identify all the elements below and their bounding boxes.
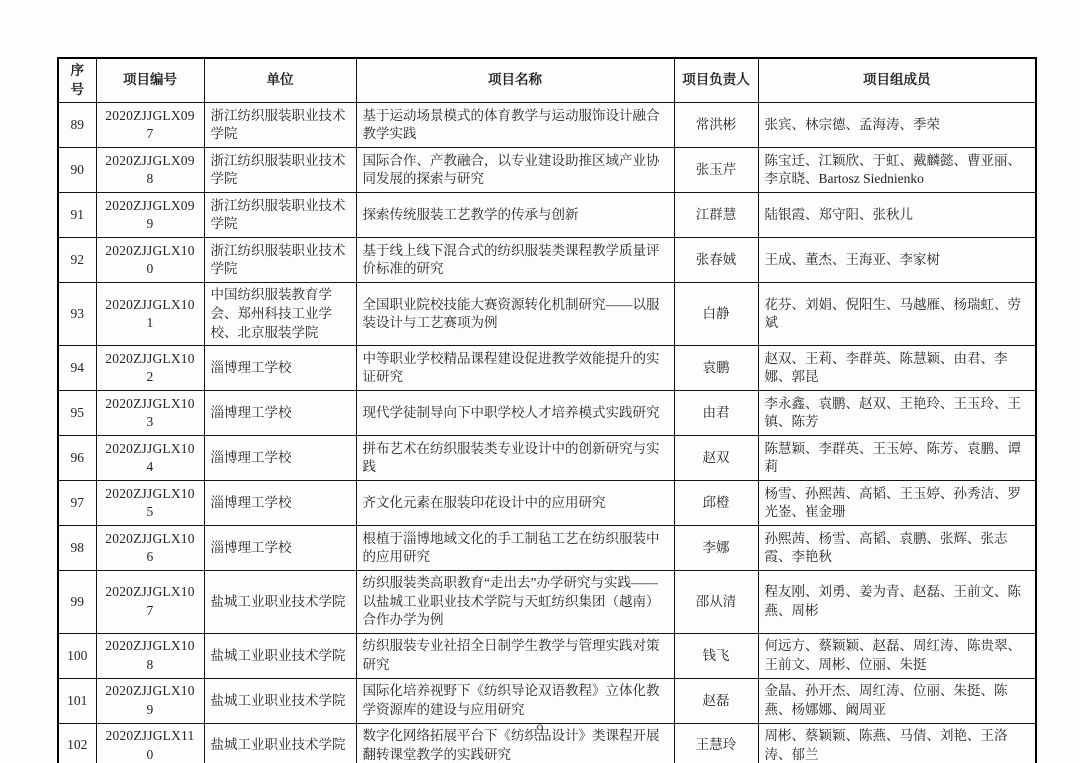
table-row: 89 2020ZJJGLX097 浙江纺织服装职业技术学院 基于运动场景模式的体… bbox=[58, 103, 1036, 148]
cell-unit: 淄博理工学校 bbox=[204, 436, 356, 481]
cell-serial-number: 96 bbox=[58, 436, 96, 481]
table-row: 92 2020ZJJGLX100 浙江纺织服装职业技术学院 基于线上线下混合式的… bbox=[58, 238, 1036, 283]
cell-serial-number: 90 bbox=[58, 148, 96, 193]
table-row: 100 2020ZJJGLX108 盐城工业职业技术学院 纺织服装专业社招全日制… bbox=[58, 634, 1036, 679]
header-serial-number: 序号 bbox=[58, 58, 96, 103]
cell-serial-number: 92 bbox=[58, 238, 96, 283]
cell-project-leader: 张玉芹 bbox=[674, 148, 758, 193]
cell-unit: 盐城工业职业技术学院 bbox=[204, 679, 356, 724]
cell-project-name: 纺织服装专业社招全日制学生教学与管理实践对策研究 bbox=[356, 634, 674, 679]
cell-project-leader: 袁鹏 bbox=[674, 346, 758, 391]
table-row: 90 2020ZJJGLX098 浙江纺织服装职业技术学院 国际合作、产教融合，… bbox=[58, 148, 1036, 193]
cell-project-name: 基于线上线下混合式的纺织服装类课程教学质量评价标准的研究 bbox=[356, 238, 674, 283]
cell-unit: 淄博理工学校 bbox=[204, 526, 356, 571]
cell-project-name: 拼布艺术在纺织服装类专业设计中的创新研究与实践 bbox=[356, 436, 674, 481]
cell-project-members: 陈宝迁、江颖欣、于虹、戴麟懿、曹亚丽、李京晓、Bartosz Siednienk… bbox=[758, 148, 1036, 193]
table-row: 93 2020ZJJGLX101 中国纺织服装教育学会、郑州科技工业学校、北京服… bbox=[58, 283, 1036, 346]
header-row: 序号 项目编号 单位 项目名称 项目负责人 项目组成员 bbox=[58, 58, 1036, 103]
cell-serial-number: 89 bbox=[58, 103, 96, 148]
cell-serial-number: 99 bbox=[58, 571, 96, 634]
table-body: 89 2020ZJJGLX097 浙江纺织服装职业技术学院 基于运动场景模式的体… bbox=[58, 103, 1036, 763]
table-row: 98 2020ZJJGLX106 淄博理工学校 根植于淄博地域文化的手工制毡工艺… bbox=[58, 526, 1036, 571]
cell-project-code: 2020ZJJGLX098 bbox=[96, 148, 204, 193]
cell-unit: 淄博理工学校 bbox=[204, 481, 356, 526]
cell-project-members: 赵双、王莉、李群英、陈慧颖、由君、李娜、郭昆 bbox=[758, 346, 1036, 391]
document-page: 序号 项目编号 单位 项目名称 项目负责人 项目组成员 89 2020ZJJGL… bbox=[0, 0, 1080, 763]
table-row: 99 2020ZJJGLX107 盐城工业职业技术学院 纺织服装类高职教育“走出… bbox=[58, 571, 1036, 634]
page-number: 9 bbox=[0, 722, 1080, 739]
cell-project-name: 根植于淄博地域文化的手工制毡工艺在纺织服装中的应用研究 bbox=[356, 526, 674, 571]
cell-unit: 浙江纺织服装职业技术学院 bbox=[204, 238, 356, 283]
cell-unit: 淄博理工学校 bbox=[204, 346, 356, 391]
table-row: 94 2020ZJJGLX102 淄博理工学校 中等职业学校精品课程建设促进教学… bbox=[58, 346, 1036, 391]
project-list-table: 序号 项目编号 单位 项目名称 项目负责人 项目组成员 89 2020ZJJGL… bbox=[57, 57, 1037, 763]
cell-serial-number: 91 bbox=[58, 193, 96, 238]
cell-project-members: 陈慧颖、李群英、王玉婷、陈芳、袁鹏、谭莉 bbox=[758, 436, 1036, 481]
cell-project-leader: 白静 bbox=[674, 283, 758, 346]
cell-project-members: 杨雪、孙熙茜、高韬、王玉婷、孙秀洁、罗光崟、崔金珊 bbox=[758, 481, 1036, 526]
cell-unit: 盐城工业职业技术学院 bbox=[204, 571, 356, 634]
cell-project-members: 金晶、孙开杰、周红涛、位丽、朱挺、陈燕、杨娜娜、阚周亚 bbox=[758, 679, 1036, 724]
cell-project-name: 中等职业学校精品课程建设促进教学效能提升的实证研究 bbox=[356, 346, 674, 391]
cell-project-leader: 李娜 bbox=[674, 526, 758, 571]
header-project-members: 项目组成员 bbox=[758, 58, 1036, 103]
cell-project-code: 2020ZJJGLX104 bbox=[96, 436, 204, 481]
cell-serial-number: 101 bbox=[58, 679, 96, 724]
cell-project-leader: 江群慧 bbox=[674, 193, 758, 238]
cell-unit: 中国纺织服装教育学会、郑州科技工业学校、北京服装学院 bbox=[204, 283, 356, 346]
cell-project-members: 程友刚、刘勇、姜为青、赵磊、王前文、陈燕、周彬 bbox=[758, 571, 1036, 634]
cell-unit: 浙江纺织服装职业技术学院 bbox=[204, 103, 356, 148]
cell-project-code: 2020ZJJGLX103 bbox=[96, 391, 204, 436]
cell-project-leader: 由君 bbox=[674, 391, 758, 436]
cell-project-code: 2020ZJJGLX109 bbox=[96, 679, 204, 724]
cell-serial-number: 93 bbox=[58, 283, 96, 346]
cell-project-leader: 邱橙 bbox=[674, 481, 758, 526]
table-row: 101 2020ZJJGLX109 盐城工业职业技术学院 国际化培养视野下《纺织… bbox=[58, 679, 1036, 724]
cell-project-members: 何远方、蔡颖颖、赵磊、周红涛、陈贵翠、王前文、周彬、位丽、朱挺 bbox=[758, 634, 1036, 679]
table-row: 97 2020ZJJGLX105 淄博理工学校 齐文化元素在服装印花设计中的应用… bbox=[58, 481, 1036, 526]
cell-project-members: 张宾、林宗德、孟海涛、季荣 bbox=[758, 103, 1036, 148]
cell-project-name: 国际化培养视野下《纺织导论双语教程》立体化教学资源库的建设与应用研究 bbox=[356, 679, 674, 724]
cell-project-members: 孙熙茜、杨雪、高韬、袁鹏、张辉、张志霞、李艳秋 bbox=[758, 526, 1036, 571]
header-project-code: 项目编号 bbox=[96, 58, 204, 103]
cell-project-name: 探索传统服装工艺教学的传承与创新 bbox=[356, 193, 674, 238]
cell-project-code: 2020ZJJGLX100 bbox=[96, 238, 204, 283]
table-row: 96 2020ZJJGLX104 淄博理工学校 拼布艺术在纺织服装类专业设计中的… bbox=[58, 436, 1036, 481]
cell-unit: 浙江纺织服装职业技术学院 bbox=[204, 148, 356, 193]
cell-project-code: 2020ZJJGLX107 bbox=[96, 571, 204, 634]
cell-project-name: 纺织服装类高职教育“走出去”办学研究与实践——以盐城工业职业技术学院与天虹纺织集… bbox=[356, 571, 674, 634]
cell-serial-number: 98 bbox=[58, 526, 96, 571]
cell-project-name: 全国职业院校技能大赛资源转化机制研究——以服装设计与工艺赛项为例 bbox=[356, 283, 674, 346]
cell-project-members: 花芬、刘娟、倪阳生、马越雁、杨瑞虹、劳斌 bbox=[758, 283, 1036, 346]
cell-project-name: 现代学徒制导向下中职学校人才培养模式实践研究 bbox=[356, 391, 674, 436]
cell-project-code: 2020ZJJGLX106 bbox=[96, 526, 204, 571]
cell-project-members: 王成、董杰、王海亚、李家树 bbox=[758, 238, 1036, 283]
cell-project-code: 2020ZJJGLX102 bbox=[96, 346, 204, 391]
cell-project-leader: 邵从清 bbox=[674, 571, 758, 634]
cell-project-members: 李永鑫、袁鹏、赵双、王艳玲、王玉玲、王镇、陈芳 bbox=[758, 391, 1036, 436]
cell-project-members: 陆银霞、郑守阳、张秋儿 bbox=[758, 193, 1036, 238]
table-row: 95 2020ZJJGLX103 淄博理工学校 现代学徒制导向下中职学校人才培养… bbox=[58, 391, 1036, 436]
cell-project-name: 齐文化元素在服装印花设计中的应用研究 bbox=[356, 481, 674, 526]
cell-project-code: 2020ZJJGLX105 bbox=[96, 481, 204, 526]
cell-project-leader: 赵双 bbox=[674, 436, 758, 481]
cell-project-name: 基于运动场景模式的体育教学与运动服饰设计融合教学实践 bbox=[356, 103, 674, 148]
cell-unit: 盐城工业职业技术学院 bbox=[204, 634, 356, 679]
cell-serial-number: 100 bbox=[58, 634, 96, 679]
header-unit: 单位 bbox=[204, 58, 356, 103]
cell-project-leader: 张春娀 bbox=[674, 238, 758, 283]
cell-unit: 淄博理工学校 bbox=[204, 391, 356, 436]
cell-project-leader: 钱飞 bbox=[674, 634, 758, 679]
cell-serial-number: 97 bbox=[58, 481, 96, 526]
table-header: 序号 项目编号 单位 项目名称 项目负责人 项目组成员 bbox=[58, 58, 1036, 103]
header-project-leader: 项目负责人 bbox=[674, 58, 758, 103]
cell-serial-number: 94 bbox=[58, 346, 96, 391]
table-row: 91 2020ZJJGLX099 浙江纺织服装职业技术学院 探索传统服装工艺教学… bbox=[58, 193, 1036, 238]
cell-project-leader: 常洪彬 bbox=[674, 103, 758, 148]
cell-project-code: 2020ZJJGLX101 bbox=[96, 283, 204, 346]
cell-project-leader: 赵磊 bbox=[674, 679, 758, 724]
cell-project-code: 2020ZJJGLX108 bbox=[96, 634, 204, 679]
cell-project-code: 2020ZJJGLX097 bbox=[96, 103, 204, 148]
header-project-name: 项目名称 bbox=[356, 58, 674, 103]
cell-unit: 浙江纺织服装职业技术学院 bbox=[204, 193, 356, 238]
cell-project-name: 国际合作、产教融合，以专业建设助推区域产业协同发展的探索与研究 bbox=[356, 148, 674, 193]
cell-serial-number: 95 bbox=[58, 391, 96, 436]
cell-project-code: 2020ZJJGLX099 bbox=[96, 193, 204, 238]
